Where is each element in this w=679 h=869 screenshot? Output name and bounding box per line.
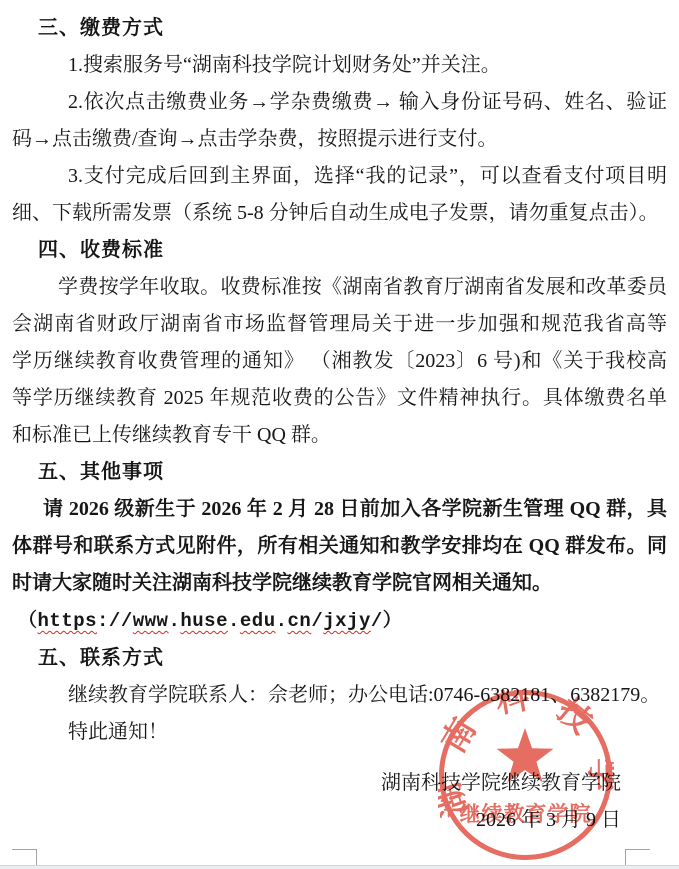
paragraph-line: 请 2026 级新生于 2026 年 2 月 28 日前加入各学院新生管理 QQ… <box>12 491 667 528</box>
paragraph-line: 码→点击缴费/查询→点击学杂费，按照提示进行支付。 <box>12 121 667 158</box>
paragraph-line: 时请大家随时关注湖南科技学院继续教育学院官网相关通知。 <box>12 565 667 602</box>
paragraph-line: 等学历继续教育 2025 年规范收费的公告》文件精神执行。具体缴费名单 <box>12 380 667 417</box>
url-separator: . <box>228 610 240 632</box>
url-close-paren: ） <box>383 610 403 631</box>
url-segment: www <box>133 610 169 632</box>
contact-line: 继续教育学院联系人：佘老师；办公电话:0746-6382181、6382179。 <box>12 677 667 714</box>
website-url: （https://www.huse.edu.cn/jxjy/） <box>18 602 667 640</box>
paragraph-line: 和标准已上传继续教育专干 QQ 群。 <box>12 417 667 454</box>
signature-date: 2026 年 3 月 9 日 <box>12 802 621 839</box>
section-heading-other: 五、其他事项 <box>38 454 667 491</box>
url-separator: . <box>276 610 288 632</box>
page-gap <box>0 865 679 869</box>
paragraph-line: 学费按学年收取。收费标准按《湖南省教育厅湖南省发展和改革委员 <box>12 269 667 306</box>
url-segment: https <box>38 610 98 632</box>
url-open-paren: （ <box>18 610 38 631</box>
section-heading-payment: 三、缴费方式 <box>38 10 667 47</box>
paragraph-line: 会湖南省财政厅湖南省市场监督管理局关于进一步加强和规范我省高等 <box>12 306 667 343</box>
section-heading-fees: 四、收费标准 <box>38 232 667 269</box>
url-separator: :// <box>97 610 133 632</box>
section-heading-contact: 五、联系方式 <box>38 640 667 677</box>
url-separator: / <box>371 610 383 632</box>
signature-block: 湖南科技学院继续教育学院 2026 年 3 月 9 日 <box>12 765 667 839</box>
url-separator: . <box>168 610 180 632</box>
paragraph-line: 细、下载所需发票（系统 5-8 分钟后自动生成电子发票，请勿重复点击）。 <box>12 195 667 232</box>
url-segment: huse <box>180 610 228 632</box>
notice-line: 特此通知！ <box>12 714 667 751</box>
paragraph-line: 2.依次点击缴费业务→学杂费缴费→ 输入身份证号码、姓名、验证 <box>12 84 667 121</box>
paragraph-line: 1.搜索服务号“湖南科技学院计划财务处”并关注。 <box>12 47 667 84</box>
signature-org: 湖南科技学院继续教育学院 <box>12 765 621 802</box>
paragraph-line: 学历继续教育收费管理的通知》 （湘教发〔2023〕6 号)和《关于我校高 <box>12 343 667 380</box>
url-segment: jxjy <box>323 610 371 632</box>
paragraph-line: 3.支付完成后回到主界面，选择“我的记录”，可以查看支付项目明 <box>12 158 667 195</box>
url-segment: edu <box>240 610 276 632</box>
notice-document: 三、缴费方式 1.搜索服务号“湖南科技学院计划财务处”并关注。 2.依次点击缴费… <box>0 0 679 839</box>
url-separator: / <box>311 610 323 632</box>
paragraph-line: 体群号和联系方式见附件，所有相关通知和教学安排均在 QQ 群发布。同 <box>12 528 667 565</box>
url-segment: cn <box>288 610 312 632</box>
